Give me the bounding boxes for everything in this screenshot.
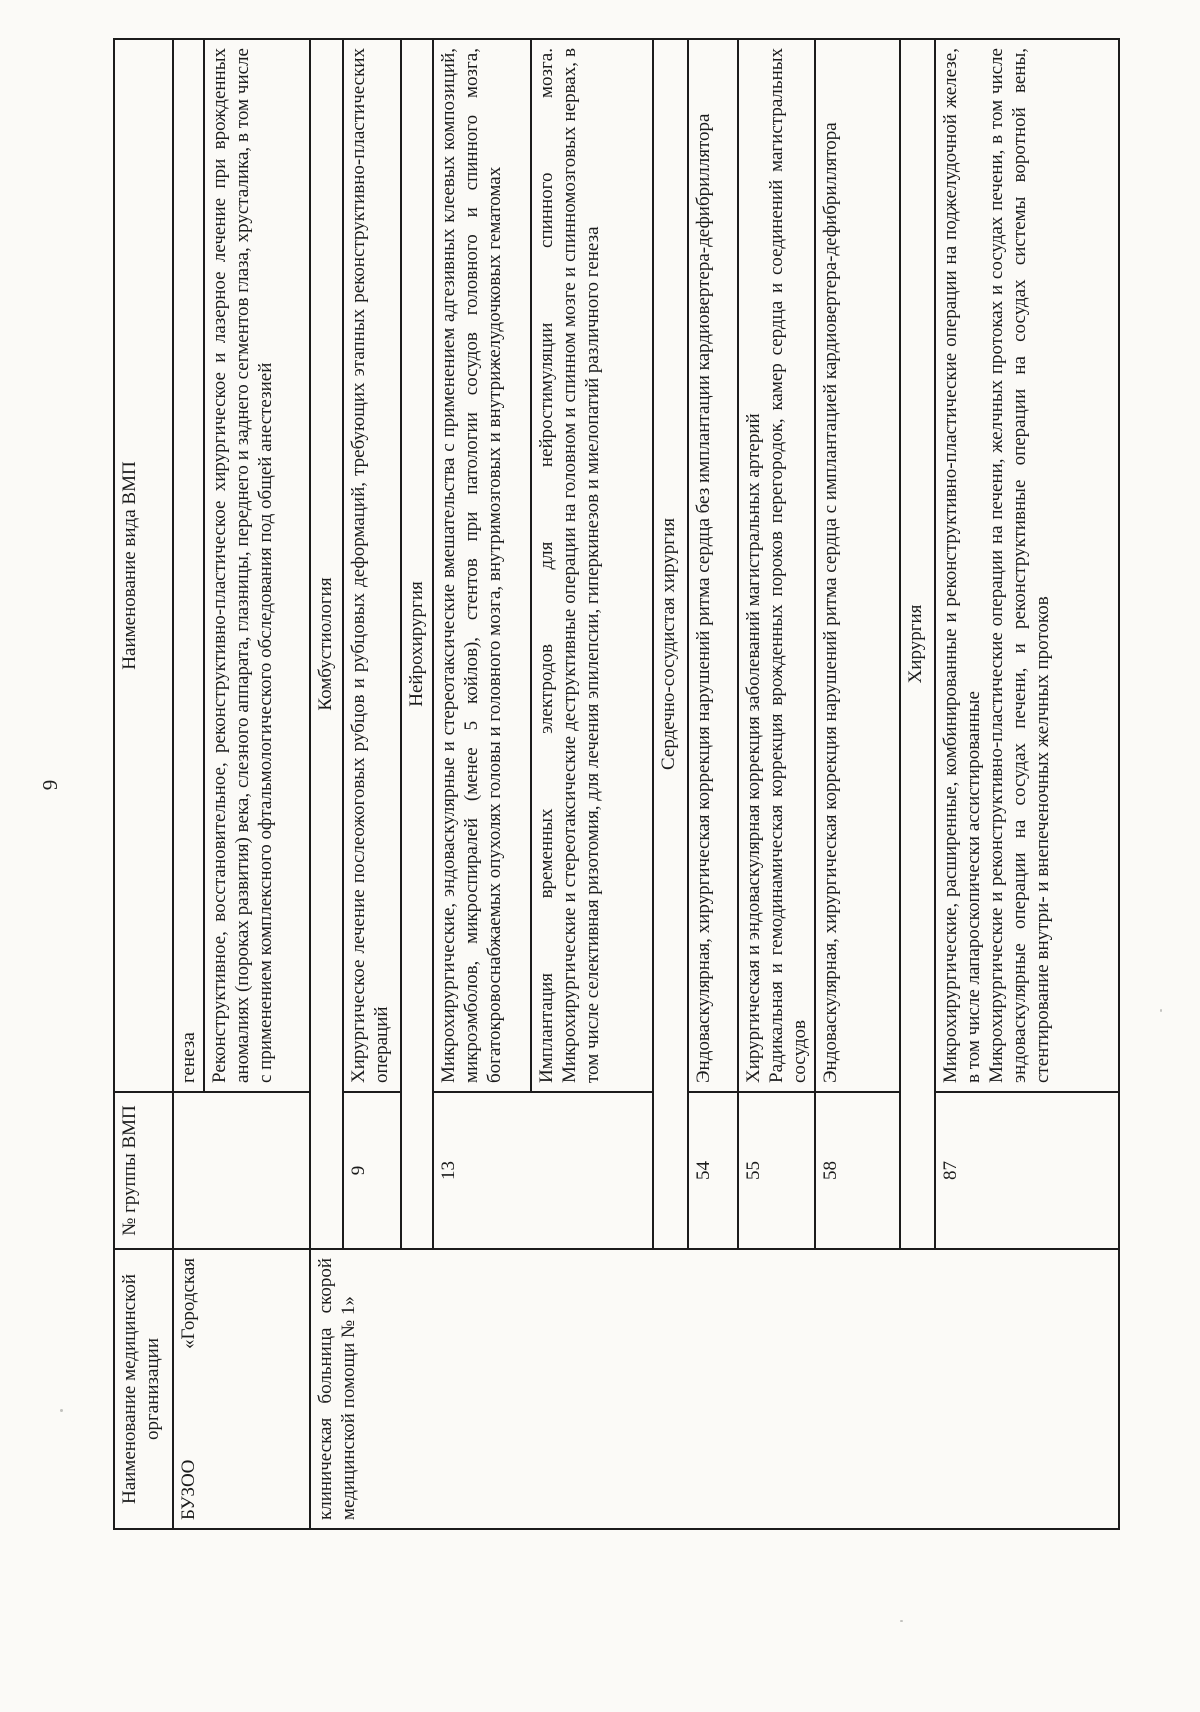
vmp-cell-13a: Микрохирургические, эндоваскулярные и ст… [433,39,531,1092]
vmp-table: Наименование медицинской организации № г… [113,38,1120,1530]
section-title-cardiovascular: Сердечно-сосудистая хирургия [653,39,688,1249]
header-row: Наименование медицинской организации № г… [114,39,173,1529]
org-name-cell-bottom: клиническая больница скорой медицинской … [310,1249,1119,1529]
group-cell-13: 13 [433,1092,653,1249]
vmp-cell-54: Эндоваскулярная, хирургическая коррекция… [688,39,738,1092]
vmp-cell-9: Хирургическое лечение послеожоговых рубц… [343,39,401,1092]
group-cell-54: 54 [688,1092,738,1249]
vmp-cell-55: Хирургическая и эндоваскулярная коррекци… [738,39,815,1092]
section-title-surgery: Хирургия [900,39,935,1249]
vmp-cell-ophthalmology: Реконструктивное, восстановительное, рек… [204,39,310,1092]
header-org: Наименование медицинской организации [114,1249,173,1529]
page-number: 9 [38,40,63,1530]
section-title-combustiology: Комбустиология [310,39,343,1249]
header-group-number: № группы ВМП [114,1092,173,1249]
group-cell-58: 58 [815,1092,900,1249]
group-cell-87: 87 [935,1092,1119,1249]
section-title-neurosurgery: Нейрохирургия [401,39,433,1249]
group-cell-55: 55 [738,1092,815,1249]
vmp-cell-continuation: генеза [173,39,204,1092]
group-cell-empty [173,1092,310,1249]
vmp-55-paragraph-arteries: Хирургическая и эндоваскулярная коррекци… [742,48,765,1083]
vmp-13b-paragraph-destructive: Микрохирургические и стереотаксические д… [558,48,604,1083]
scan-speckle [900,1620,903,1622]
org-name-cell-top: БУЗОО «Городская [173,1249,310,1529]
vmp-87-paragraph-liver: Микрохирургические и реконструктивно-пла… [985,48,1054,1083]
group-cell-9: 9 [343,1092,401,1249]
vmp-cell-13b: Имплантация временных электродов для ней… [531,39,653,1092]
scan-speckle [60,1409,63,1412]
vmp-87-paragraph-pancreas: Микрохирургические, расширенные, комбини… [939,48,985,1083]
vmp-55-paragraph-radical: Радикальная и гемодинамическая коррекция… [765,48,811,1083]
header-vmp-name: Наименование вида ВМП [114,39,173,1092]
section-row-combustiology: клиническая больница скорой медицинской … [310,39,343,1529]
vmp-cell-58: Эндоваскулярная, хирургическая коррекция… [815,39,900,1092]
scanned-page: 9 Наименование медицинской организации №… [0,0,1200,1712]
row-continuation-tail: БУЗОО «Городская генеза [173,39,204,1529]
vmp-13b-paragraph-implantation: Имплантация временных электродов для ней… [535,48,558,1083]
vmp-cell-87: Микрохирургические, расширенные, комбини… [935,39,1119,1092]
scan-speckle [450,460,452,462]
scan-speckle [1160,1009,1162,1012]
